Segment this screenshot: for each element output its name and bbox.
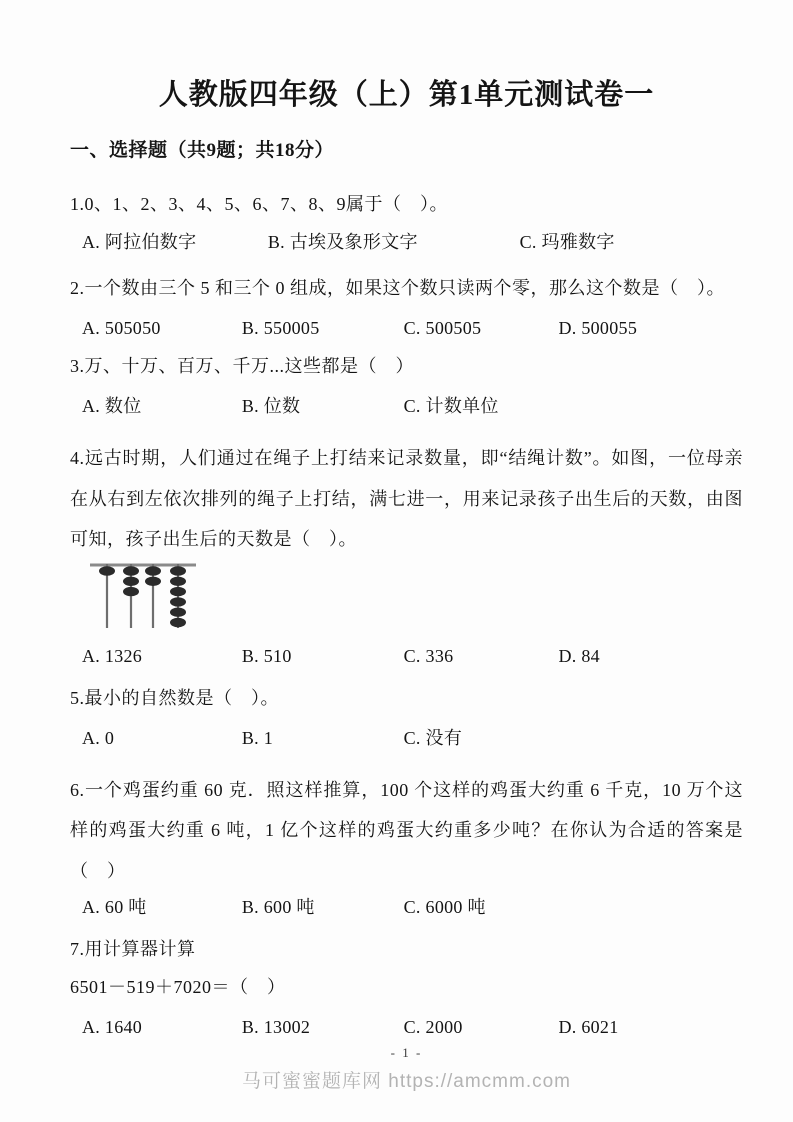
- question-4-text: 4.远古时期，人们通过在绳子上打结来记录数量，即“结绳计数”。如图，一位母亲在从…: [70, 438, 743, 560]
- section-heading: 一、选择题（共9题；共18分）: [70, 138, 743, 164]
- option-b: B. 550005: [242, 316, 399, 340]
- option-a: A. 数位: [82, 394, 237, 418]
- option-a: A. 1326: [82, 644, 237, 668]
- watermark-text: 马可蜜蜜题库网 https://amcmm.com: [70, 1069, 743, 1095]
- question-1-text: 1.0、1、2、3、4、5、6、7、8、9属于（ ）。: [70, 192, 743, 216]
- question-1-options: A. 阿拉伯数字 B. 古埃及象形文字 C. 玛雅数字: [82, 230, 743, 254]
- option-a: A. 1640: [82, 1015, 237, 1039]
- knot-counting-figure: [88, 560, 208, 632]
- option-c: C. 500505: [404, 316, 554, 340]
- question-3-text: 3.万、十万、百万、千万...这些都是（ ）: [70, 354, 743, 378]
- option-d: D. 84: [558, 644, 600, 668]
- option-a: A. 505050: [82, 316, 237, 340]
- option-c: C. 没有: [404, 726, 554, 750]
- option-a: A. 60 吨: [82, 895, 237, 919]
- option-d: D. 500055: [558, 316, 637, 340]
- question-5-text: 5.最小的自然数是（ ）。: [70, 686, 743, 710]
- option-a: A. 阿拉伯数字: [82, 230, 263, 254]
- option-a: A. 0: [82, 726, 237, 750]
- question-5-options: A. 0 B. 1 C. 没有: [82, 726, 743, 750]
- question-7-options: A. 1640 B. 13002 C. 2000 D. 6021: [82, 1015, 743, 1039]
- option-b: B. 位数: [242, 394, 399, 418]
- option-c: C. 计数单位: [404, 394, 554, 418]
- page-content: 人教版四年级（上）第1单元测试卷一 一、选择题（共9题；共18分） 1.0、1、…: [0, 0, 793, 1095]
- question-6-text: 6.一个鸡蛋约重 60 克．照这样推算，100 个这样的鸡蛋大约重 6 千克，1…: [70, 770, 743, 892]
- option-d: D. 6021: [558, 1015, 618, 1039]
- test-paper-page: 人教版四年级（上）第1单元测试卷一 一、选择题（共9题；共18分） 1.0、1、…: [0, 0, 793, 1122]
- question-4-options: A. 1326 B. 510 C. 336 D. 84: [82, 644, 743, 668]
- question-7-equation: 6501－519＋7020＝（ ）: [70, 975, 743, 999]
- question-3-options: A. 数位 B. 位数 C. 计数单位: [82, 394, 743, 418]
- page-number: - 1 -: [70, 1045, 743, 1061]
- option-c: C. 玛雅数字: [520, 230, 670, 254]
- option-b: B. 古埃及象形文字: [268, 230, 515, 254]
- question-2-options: A. 505050 B. 550005 C. 500505 D. 500055: [82, 316, 743, 340]
- option-c: C. 2000: [404, 1015, 554, 1039]
- option-b: B. 600 吨: [242, 895, 399, 919]
- question-6-options: A. 60 吨 B. 600 吨 C. 6000 吨: [82, 895, 743, 919]
- question-2-text: 2.一个数由三个 5 和三个 0 组成，如果这个数只读两个零，那么这个数是（ ）…: [70, 276, 743, 300]
- question-7-text: 7.用计算器计算: [70, 937, 743, 961]
- option-b: B. 13002: [242, 1015, 399, 1039]
- option-c: C. 336: [404, 644, 554, 668]
- option-b: B. 510: [242, 644, 399, 668]
- page-title: 人教版四年级（上）第1单元测试卷一: [70, 0, 743, 114]
- option-b: B. 1: [242, 726, 399, 750]
- option-c: C. 6000 吨: [404, 895, 554, 919]
